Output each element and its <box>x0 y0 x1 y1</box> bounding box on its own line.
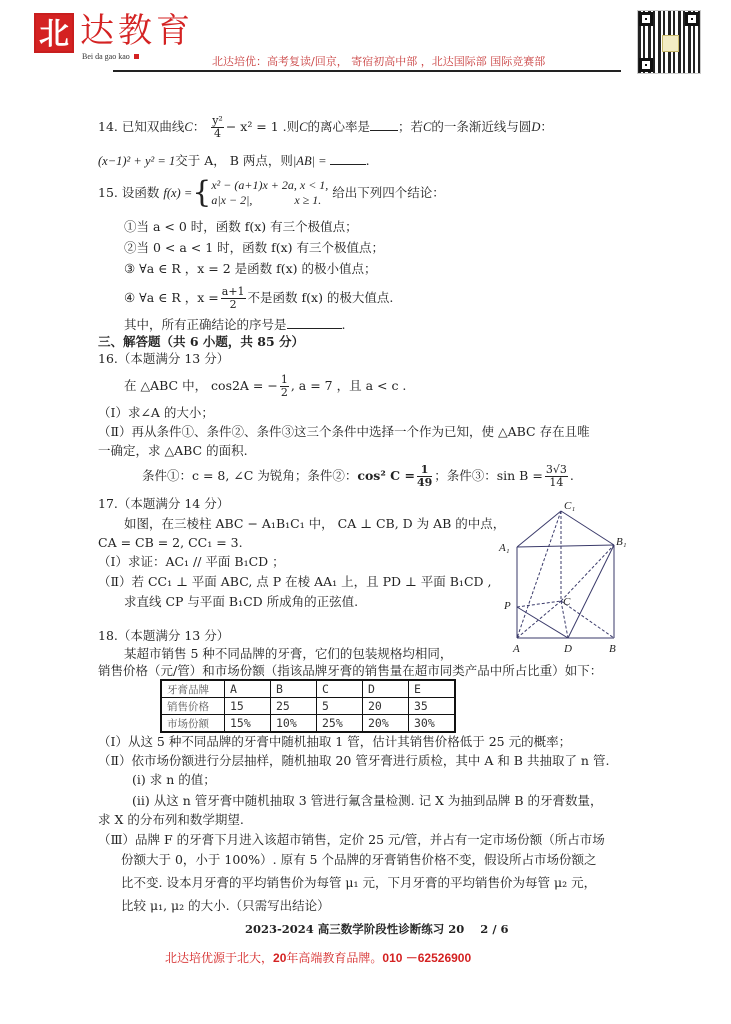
label-P: P <box>503 600 511 612</box>
condition-2-fraction: 149 <box>417 464 432 489</box>
q16-conditions: 条件①：c = 8, ∠C 为锐角；条件②：cos² C =149；条件③：si… <box>142 459 574 493</box>
answer-blank[interactable] <box>287 316 342 329</box>
q15-prefix: 15. 设函数 <box>98 185 159 200</box>
label-A: A <box>512 643 520 655</box>
q15-c4-suffix: 不是函数 f(x) 的极大值点. <box>248 290 394 305</box>
q15-c4-prefix: ④ ∀a ∈ R ，x = <box>124 290 219 305</box>
piece-2: a|x − 2|, x ≥ 1. <box>211 193 328 208</box>
q16-given-suffix: , a = 7 ，且 a < c . <box>291 378 407 393</box>
piecewise: x² − (a+1)x + 2a, x < 1,a|x − 2|, x ≥ 1. <box>211 178 328 208</box>
brace-icon: { <box>192 175 211 210</box>
condition-2-expr: cos² C = <box>357 468 415 483</box>
q17-line2: CA = CB = 2, CC₁ = 3. <box>98 535 243 551</box>
table-row: 牙膏品牌 A B C D E <box>161 680 455 698</box>
circle-equation: (x−1)² + y² = 1 <box>98 154 175 168</box>
table-cell: A <box>225 680 271 698</box>
prism-figure: C₁ A₁ B₁ P C A D B <box>495 495 635 655</box>
label-D: D <box>563 643 572 655</box>
brand-phone: 010 －62526900 <box>382 951 471 965</box>
q18-part2-ii-line2: 求 X 的分布列和数学期望. <box>98 812 244 828</box>
q16-part2-line2: 一确定，求 △ABC 的面积. <box>98 443 248 459</box>
q17-part2-line2: 求直线 CP 与平面 B₁CD 所成角的正弦值. <box>124 594 358 610</box>
q18-part1: （Ⅰ）从这 5 种不同品牌的牙膏中随机抽取 1 管，估计其销售价格低于 25 元… <box>98 734 571 750</box>
q14-text: ： <box>540 119 553 134</box>
q16-fraction: 12 <box>280 374 289 399</box>
table-cell: 10% <box>271 715 317 733</box>
table-cell: 15% <box>225 715 271 733</box>
q18-part2-i: (i) 求 n 的值； <box>132 772 216 788</box>
q15-ask-text: 其中，所有正确结论的序号是 <box>124 317 287 332</box>
math-AB: |AB| = <box>293 154 327 168</box>
label-B1: B₁ <box>616 536 627 548</box>
math-fx: f(x) = <box>163 186 192 200</box>
q18-intro2: 销售价格（元/管）和市场份额（指该品牌牙膏的销售量在超市同类产品中所占比重）如下… <box>98 663 602 679</box>
q14-text: ；若 <box>398 119 423 134</box>
table-cell: 5 <box>317 698 363 715</box>
period: . <box>366 153 370 168</box>
logo-text: 达教育 <box>80 10 194 52</box>
q14-text: 的离心率是 <box>308 119 371 134</box>
q15-definition: 15. 设函数 f(x) ={x² − (a+1)x + 2a, x < 1,a… <box>98 178 445 208</box>
q15-conclusion-3: ③ ∀a ∈ R ，x = 2 是函数 f(x) 的极小值点； <box>124 261 377 277</box>
table-cell: E <box>409 680 456 698</box>
condition-3-prefix: ；条件③：sin B = <box>434 468 543 483</box>
q18-header: 18.（本题满分 13 分） <box>98 628 229 644</box>
condition-1: 条件①：c = 8, ∠C 为锐角；条件②： <box>142 468 357 483</box>
qr-corner <box>639 12 653 26</box>
period: . <box>570 468 574 483</box>
row-label: 牙膏品牌 <box>161 680 225 698</box>
q14-fraction: y²4 <box>211 115 224 140</box>
row-label: 市场份额 <box>161 715 225 733</box>
qr-center-logo <box>662 35 679 52</box>
label-A1: A₁ <box>498 542 510 554</box>
table-cell: 15 <box>225 698 271 715</box>
math-C: C <box>184 120 192 134</box>
q14-prefix: 14. 已知双曲线 <box>98 119 184 134</box>
table-row: 市场份额 15% 10% 25% 20% 30% <box>161 715 455 733</box>
fraction-denominator: 2 <box>221 299 246 311</box>
q18-part3-line1: （Ⅲ）品牌 F 的牙膏下月进入该超市销售，定价 25 元/管，并占有一定市场份额… <box>98 832 605 848</box>
q14-equation: − x² = 1 .则 <box>226 119 299 134</box>
q18-part2-ii-line1: (ii) 从这 n 管牙膏中随机抽取 3 管进行氟含量检测. 记 X 为抽到品牌… <box>132 793 603 809</box>
q16-part1: （Ⅰ）求∠A 的大小； <box>98 405 214 421</box>
page-footer: 2023-2024 高三数学阶段性诊断练习 20 2 / 6 <box>245 921 509 937</box>
q15-conclusion-4: ④ ∀a ∈ R ，x =a+12不是函数 f(x) 的极大值点. <box>124 283 393 313</box>
q18-part2: （Ⅱ）依市场份额进行分层抽样，随机抽取 20 管牙膏进行质检，其中 A 和 B … <box>98 753 609 769</box>
q15-ask: 其中，所有正确结论的序号是. <box>124 316 346 333</box>
table-cell: 35 <box>409 698 456 715</box>
table-cell: B <box>271 680 317 698</box>
qr-code-icon <box>637 10 701 74</box>
math-C: C <box>299 120 307 134</box>
fraction-denominator: 14 <box>545 477 568 489</box>
brand-text: 年高端教育品牌。 <box>286 951 382 965</box>
logo-square-icon <box>134 54 139 59</box>
logo-subtitle: Bei da gao kao <box>82 52 139 61</box>
period: . <box>342 317 346 332</box>
row-label: 销售价格 <box>161 698 225 715</box>
q16-given: 在 △ABC 中， cos2A = −12, a = 7 ，且 a < c . <box>124 372 406 400</box>
logo-mark: 北 <box>34 13 74 53</box>
label-C1: C₁ <box>564 500 575 512</box>
q17-line1: 如图，在三棱柱 ABC − A₁B₁C₁ 中， CA ⊥ CB, D 为 AB … <box>124 516 505 532</box>
q15-suffix: 给出下列四个结论： <box>332 185 445 200</box>
q15-fraction: a+12 <box>221 286 246 311</box>
header-divider <box>113 70 621 72</box>
answer-blank[interactable] <box>330 152 366 165</box>
q14-line1: 14. 已知双曲线C： y²4− x² = 1 .则C的离心率是；若C的一条渐近… <box>98 115 553 140</box>
q18-part3-line3: 比不变. 设本月牙膏的平均销售价为每管 μ₁ 元，下月牙膏的平均销售价为每管 μ… <box>121 875 596 891</box>
q18-part3-line4: 比较 μ₁, μ₂ 的大小.（只需写出结论） <box>121 898 330 914</box>
q14-text: 的一条渐近线与圆 <box>431 119 531 134</box>
section-title: 三、解答题（共 6 小题，共 85 分） <box>98 334 304 350</box>
label-C: C <box>563 596 571 608</box>
toothpaste-table: 牙膏品牌 A B C D E 销售价格 15 25 5 20 35 市场份额 1… <box>160 679 456 733</box>
brand-text: 北达培优源于北大， <box>165 951 273 965</box>
q16-part2-line1: （Ⅱ）再从条件①、条件②、条件③这三个条件中选择一个作为已知，使 △ABC 存在… <box>98 424 590 440</box>
condition-3-fraction: 3√314 <box>545 464 568 489</box>
table-cell: 20% <box>363 715 409 733</box>
table-cell: D <box>363 680 409 698</box>
qr-corner <box>639 58 653 72</box>
q17-header: 17.（本题满分 14 分） <box>98 496 229 512</box>
fraction-denominator: 4 <box>211 128 224 140</box>
fraction-denominator: 49 <box>417 477 432 489</box>
header-slogan: 北达培优：高考复读/回京， 寄宿初高中部 ，北达国际部 国际竞赛部 <box>212 53 545 69</box>
table-row: 销售价格 15 25 5 20 35 <box>161 698 455 715</box>
q15-conclusion-1: ①当 a < 0 时，函数 f(x) 有三个极值点； <box>124 219 358 235</box>
q14-text: 交于 A， B 两点，则 <box>175 153 293 168</box>
qr-corner <box>685 12 699 26</box>
q18-intro1: 某超市销售 5 种不同品牌的牙膏，它们的包装规格均相同， <box>124 646 452 662</box>
brand-footer: 北达培优源于北大，20年高端教育品牌。010 －62526900 <box>165 949 471 966</box>
label-B: B <box>609 643 616 655</box>
q16-given-prefix: 在 △ABC 中， cos2A = − <box>124 378 278 393</box>
q15-conclusion-2: ②当 0 < a < 1 时，函数 f(x) 有三个极值点； <box>124 240 384 256</box>
table-cell: 30% <box>409 715 456 733</box>
brand-years: 20 <box>273 951 286 965</box>
q17-part2-line1: （Ⅱ）若 CC₁ ⊥ 平面 ABC, 点 P 在棱 AA₁ 上，且 PD ⊥ 平… <box>98 574 491 590</box>
q14-line2: (x−1)² + y² = 1交于 A， B 两点，则|AB| =. <box>98 152 370 169</box>
table-cell: 25 <box>271 698 317 715</box>
logo-subtitle-text: Bei da gao kao <box>82 52 130 61</box>
q17-part1: （Ⅰ）求证：AC₁ // 平面 B₁CD ； <box>98 554 285 570</box>
fraction-denominator: 2 <box>280 387 289 399</box>
q18-part3-line2: 份额大于 0，小于 100%）. 原有 5 个品牌的牙膏销售价格不变，假设所占市… <box>121 852 596 868</box>
piece-1: x² − (a+1)x + 2a, x < 1, <box>211 178 328 193</box>
answer-blank[interactable] <box>370 118 398 131</box>
table-cell: 20 <box>363 698 409 715</box>
table-cell: C <box>317 680 363 698</box>
q16-header: 16.（本题满分 13 分） <box>98 351 229 367</box>
q14-colon: ： <box>193 119 206 134</box>
table-cell: 25% <box>317 715 363 733</box>
